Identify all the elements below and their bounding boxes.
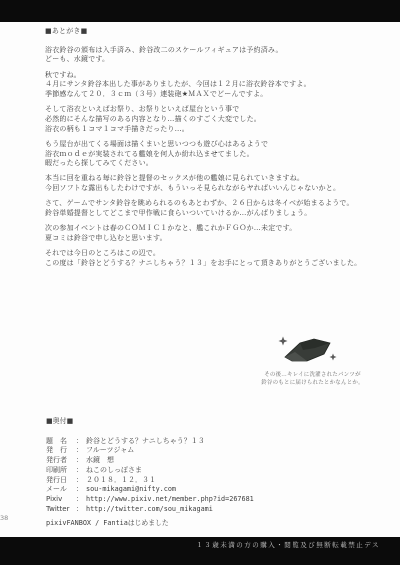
colophon-header: ■奥付■ (46, 417, 386, 427)
afterword-line: 鈴谷単婚提督としてどこまで甲作戦に食らいついていけるか…がんばりましょう。 (45, 209, 311, 217)
afterword-paragraph: さて、ゲームでサンタ鈴谷を眺められるのもあとわずか、２６日からは冬イベが始まるよ… (45, 199, 382, 218)
colophon-value-title: 鈴谷とどうする？ナニしちゃう？１３ (86, 437, 205, 445)
page-number: 38 (0, 514, 8, 522)
afterword-line: 浴衣ｍｏｄｅが実装されてる艦娘を何人か紛れ込ませてました。 (45, 150, 254, 158)
afterword-line: 暇だったら探してみてください。 (45, 159, 153, 167)
colophon-row: Pixiv：http://www.pixiv.net/member.php?id… (46, 495, 386, 505)
colophon-separator: ： (76, 485, 86, 495)
bottom-black-border: １３歳未満の方の購入・閲覧及び無断転載禁止デス (0, 537, 400, 565)
colophon-label: 印刷所 (46, 466, 76, 476)
colophon-label: 発 行 (46, 446, 76, 456)
afterword-paragraph: 次の参加イベントは春のＣＯＭＩＣ１かなと、艦これかＦＧＯか…未定です。 夏コミは… (45, 224, 382, 243)
colophon-value-twitter-url: http://twitter.com/sou_mikagami (86, 505, 213, 513)
afterword-line: さて、ゲームでサンタ鈴谷を眺められるのもあとわずか、２６日からは冬イベが始まるよ… (45, 199, 354, 207)
afterword-line: ４月にサンタ鈴谷本出した事がありましたが、今回は１２月に浴衣鈴谷本ですよ。 (45, 80, 311, 88)
colophon-row: 印刷所：ねこのしっぽさま (46, 466, 386, 476)
afterword-line: それでは今日のところはこの辺で。 (45, 249, 160, 257)
afterword-paragraph: それでは今日のところはこの辺で。 この度は「鈴谷とどうする？ナニしちゃう？１３」… (45, 249, 382, 268)
scanned-doujin-page: ■あとがき■ 浴衣鈴谷の頒布は入手済み、鈴谷改二のスケールフィギュアは予約済み。… (0, 0, 400, 565)
colophon-label: メール (46, 485, 76, 495)
colophon-separator: ： (76, 476, 86, 486)
afterword-paragraph: そして浴衣といえばお祭り、お祭りといえば屋台という事で 必然的にそんな描写のある… (45, 105, 382, 134)
afterword-paragraph: 本当に回を重ねる毎に鈴谷と提督のセックスが他の艦娘に見られていきますね。 今回ソ… (45, 174, 382, 193)
illustration-caption-line: その後…キレイに洗濯されたパンツが (245, 372, 380, 380)
colophon-row: Twitter：http://twitter.com/sou_mikagami (46, 505, 386, 515)
afterword-header: ■あとがき■ (45, 27, 382, 37)
colophon-value-publisher: フルーツジャム (86, 446, 134, 454)
colophon-separator: ： (76, 456, 86, 466)
top-black-border (0, 0, 400, 22)
colophon-footer-note: pixivFANBOX / Fantiaはじめました (46, 519, 386, 529)
afterword-line: 秋ですね。 (45, 71, 81, 79)
afterword-line: 必然的にそんな描写のある内容となり…描くのすごく大変でした。 (45, 115, 261, 123)
afterword-line: 今回ソフトな露出もしたわけですが、もういっそ見られながらヤればいいんじゃないかと… (45, 184, 340, 192)
colophon-row: 発行者：水鏡 想 (46, 456, 386, 466)
colophon-separator: ： (76, 505, 86, 515)
afterword-line: 次の参加イベントは春のＣＯＭＩＣ１かなと、艦これかＦＧＯか…未定です。 (45, 224, 296, 232)
age-restriction-notice: １３歳未満の方の購入・閲覧及び無断転載禁止デス (196, 540, 380, 549)
colophon-label: 発行者 (46, 456, 76, 466)
afterword-line: もう屋台が出てくる場面は描くまいと思いつつも遊び心はあるようで (45, 140, 268, 148)
colophon-row: 題 名：鈴谷とどうする？ナニしちゃう？１３ (46, 437, 386, 447)
illustration-caption-line: 鈴谷のもとに届けられたとかなんとか。 (245, 380, 380, 388)
colophon-value-email: sou-mikagami@nifty.com (86, 485, 176, 493)
colophon-separator: ： (76, 466, 86, 476)
afterword-section: ■あとがき■ 浴衣鈴谷の頒布は入手済み、鈴谷改二のスケールフィギュアは予約済み。… (45, 27, 382, 274)
colophon-label: Pixiv (46, 495, 76, 505)
colophon-row: 発行日：２０１８．１２．３１ (46, 476, 386, 486)
colophon-label: 発行日 (46, 476, 76, 486)
afterword-line: 浴衣鈴谷の頒布は入手済み、鈴谷改二のスケールフィギュアは予約済み。 (45, 46, 283, 54)
colophon-separator: ： (76, 495, 86, 505)
colophon-value-pixiv-url: http://www.pixiv.net/member.php?id=26768… (86, 495, 254, 503)
colophon-section: ■奥付■ 題 名：鈴谷とどうする？ナニしちゃう？１３ 発 行：フルーツジャム 発… (46, 417, 386, 529)
afterword-line: この度は「鈴谷とどうする？ナニしちゃう？１３」をお手にとって頂きありがとうござい… (45, 259, 361, 267)
colophon-label: Twitter (46, 505, 76, 515)
sparkle-icon (279, 337, 288, 346)
afterword-line: 夏コミは鈴谷で申し込むと思います。 (45, 234, 167, 242)
afterword-line: 本当に回を重ねる毎に鈴谷と提督のセックスが他の艦娘に見られていきますね。 (45, 174, 304, 182)
colophon-row: 発 行：フルーツジャム (46, 446, 386, 456)
afterword-line: どーも、水鏡です。 (45, 55, 109, 63)
folded-panties-icon (245, 330, 380, 370)
colophon-label: 題 名 (46, 437, 76, 447)
sparkle-icon (330, 354, 337, 361)
afterword-paragraph: 秋ですね。 ４月にサンタ鈴谷本出した事がありましたが、今回は１２月に浴衣鈴谷本で… (45, 71, 382, 100)
afterword-line: 季節感なんて２０．３ｃｍ（３号）連装砲★ＭＡＸでどーんですよ。 (45, 90, 267, 98)
afterword-line: そして浴衣といえばお祭り、お祭りといえば屋台という事で (45, 105, 239, 113)
colophon-row: メール：sou-mikagami@nifty.com (46, 485, 386, 495)
spot-illustration: その後…キレイに洗濯されたパンツが 鈴谷のもとに届けられたとかなんとか。 (245, 330, 380, 387)
afterword-paragraph: 浴衣鈴谷の頒布は入手済み、鈴谷改二のスケールフィギュアは予約済み。 どーも、水鏡… (45, 46, 382, 65)
colophon-separator: ： (76, 437, 86, 447)
colophon-value-date: ２０１８．１２．３１ (86, 476, 156, 484)
colophon-value-author: 水鏡 想 (86, 456, 114, 464)
colophon-separator: ： (76, 446, 86, 456)
afterword-paragraph: もう屋台が出てくる場面は描くまいと思いつつも遊び心はあるようで 浴衣ｍｏｄｅが実… (45, 140, 382, 169)
colophon-value-printer: ねこのしっぽさま (86, 466, 142, 474)
afterword-line: 浴衣の柄も１コマ１コマ手描きだったり…。 (45, 125, 189, 133)
